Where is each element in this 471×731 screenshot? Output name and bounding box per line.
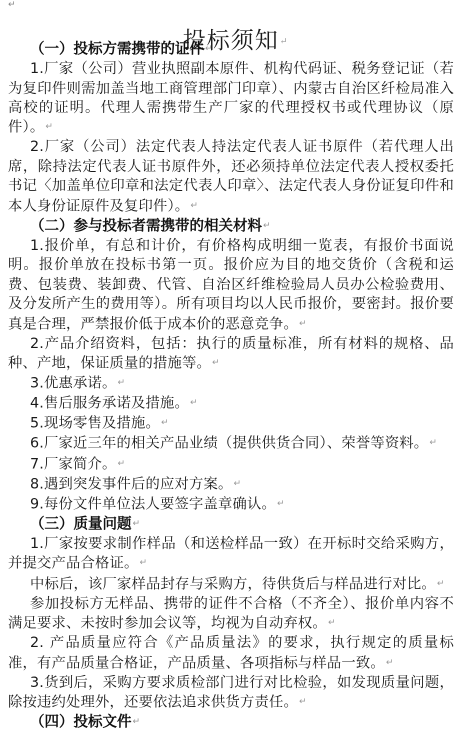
paragraph-mark-icon — [328, 618, 336, 628]
paragraph-mark-icon — [437, 579, 445, 589]
document-body: （一）投标方需携带的证件 1.厂家（公司）营业执照副本原件、机构代码证、税务登记… — [8, 40, 454, 731]
list-item: 8.遇到突发事件后的应对方案。 — [8, 475, 454, 495]
paragraph-text: 2.厂家（公司）法定代表人持法定代表人证书原件（若代理人出席，除持法定代表人证书… — [8, 139, 454, 214]
section-heading: （二）参与投标者需携带的相关材料 — [8, 217, 454, 237]
paragraph-mark-icon — [299, 319, 307, 329]
paragraph-mark-icon — [118, 459, 126, 469]
paragraph-mark-icon — [190, 201, 198, 211]
paragraph: 中标后，该厂家样品封存与采购方，待供货后与样品进行对比。 — [8, 575, 454, 595]
paragraph-text: 2.产品介绍资料，包括：执行的质量标准，所有材料的规格、品种、产地，保证质量的措… — [8, 336, 454, 372]
paragraph-text: 9.每份文件单位法人要签字盖章确认。 — [30, 496, 276, 512]
paragraph-mark-icon — [234, 479, 242, 489]
paragraph-text: 8.遇到突发事件后的应对方案。 — [30, 476, 233, 492]
paragraph-mark-icon — [133, 519, 141, 529]
paragraph: 3.货到后，采购方要求质检部门进行对比检验，如发现质量问题，除按违约处理外，还要… — [8, 674, 454, 714]
paragraph-mark-icon — [205, 44, 213, 54]
paragraph-mark-icon — [429, 438, 437, 448]
paragraph-text: 中标后，该厂家样品封存与采购方，待供货后与样品进行对比。 — [30, 576, 436, 592]
paragraph-mark-icon — [45, 122, 53, 132]
section-heading-text: （一）投标方需携带的证件 — [30, 42, 204, 58]
section-1: （一）投标方需携带的证件 1.厂家（公司）营业执照副本原件、机构代码证、税务登记… — [8, 40, 454, 217]
paragraph-text: 7.厂家简介。 — [30, 456, 117, 472]
section-4: （四）投标文件 — [8, 713, 454, 731]
paragraph-mark-icon: ↵ — [8, 0, 16, 10]
section-2: （二）参与投标者需携带的相关材料 1.报价单，有总和计价，有价格构成明细一览表，… — [8, 217, 454, 515]
section-heading-text: （二）参与投标者需携带的相关材料 — [30, 218, 262, 234]
paragraph: 1.厂家按要求制作样品（和送检样品一致）在开标时交给采购方，并提交产品合格证。 — [8, 535, 454, 575]
paragraph: 1.厂家（公司）营业执照副本原件、机构代码证、税务登记证（若为复印件则需加盖当地… — [8, 60, 454, 138]
section-heading: （三）质量问题 — [8, 515, 454, 535]
list-item: 7.厂家简介。 — [8, 455, 454, 475]
section-heading-text: （四）投标文件 — [30, 715, 132, 731]
paragraph: 2.产品介绍资料，包括：执行的质量标准，所有材料的规格、品种、产地，保证质量的措… — [8, 335, 454, 375]
section-3: （三）质量问题 1.厂家按要求制作样品（和送检样品一致）在开标时交给采购方，并提… — [8, 515, 454, 713]
paragraph-mark-icon — [277, 499, 285, 509]
paragraph-mark-icon — [263, 221, 271, 231]
paragraph-text: 4.售后服务承诺及措施。 — [30, 396, 189, 412]
list-item: 9.每份文件单位法人要签字盖章确认。 — [8, 495, 454, 515]
paragraph-text: 1.厂家按要求制作样品（和送检样品一致）在开标时交给采购方，并提交产品合格证。 — [8, 536, 454, 572]
paragraph: 2. 产品质量应符合《产品质量法》的要求，执行规定的质量标准，有产品质量合格证，… — [8, 634, 454, 674]
paragraph-mark-icon — [139, 558, 147, 568]
list-item: 4.售后服务承诺及措施。 — [8, 394, 454, 414]
paragraph-mark-icon — [118, 378, 126, 388]
paragraph: 1.报价单，有总和计价，有价格构成明细一览表，有报价书面说明。报价单放在投标书第… — [8, 237, 454, 335]
paragraph-mark-icon — [161, 418, 169, 428]
section-heading: （一）投标方需携带的证件 — [8, 40, 454, 60]
paragraph-mark-icon — [133, 717, 141, 727]
paragraph: 参加投标方无样品、携带的证件不合格（不齐全）、报价单内容不满足要求、未按时参加会… — [8, 595, 454, 635]
paragraph-text: 3.货到后，采购方要求质检部门进行对比检验，如发现质量问题，除按违约处理外，还要… — [8, 675, 454, 711]
paragraph-text: 1.厂家（公司）营业执照副本原件、机构代码证、税务登记证（若为复印件则需加盖当地… — [8, 61, 454, 136]
paragraph: 2.厂家（公司）法定代表人持法定代表人证书原件（若代理人出席，除持法定代表人证书… — [8, 138, 454, 216]
paragraph-text: 参加投标方无样品、携带的证件不合格（不齐全）、报价单内容不满足要求、未按时参加会… — [8, 596, 454, 632]
paragraph-text: 1.报价单，有总和计价，有价格构成明细一览表，有报价书面说明。报价单放在投标书第… — [8, 238, 454, 332]
list-item: 5.现场零售及措施。 — [8, 414, 454, 434]
list-item: 6.厂家近三年的相关产品业绩（提供供货合同）、荣誉等资料。 — [8, 434, 454, 454]
section-heading: （四）投标文件 — [8, 713, 454, 731]
paragraph-mark-icon — [386, 658, 394, 668]
paragraph-text: 3.优惠承诺。 — [30, 376, 117, 392]
document-page: ↵ 投标须知 （一）投标方需携带的证件 1.厂家（公司）营业执照副本原件、机构代… — [0, 0, 471, 731]
list-item: 3.优惠承诺。 — [8, 374, 454, 394]
paragraph-mark-icon — [190, 398, 198, 408]
section-heading-text: （三）质量问题 — [30, 517, 132, 533]
paragraph-mark-icon — [299, 697, 307, 707]
paragraph-mark-icon — [212, 358, 220, 368]
paragraph-text: 6.厂家近三年的相关产品业绩（提供供货合同）、荣誉等资料。 — [30, 436, 428, 452]
paragraph-text: 5.现场零售及措施。 — [30, 416, 160, 432]
